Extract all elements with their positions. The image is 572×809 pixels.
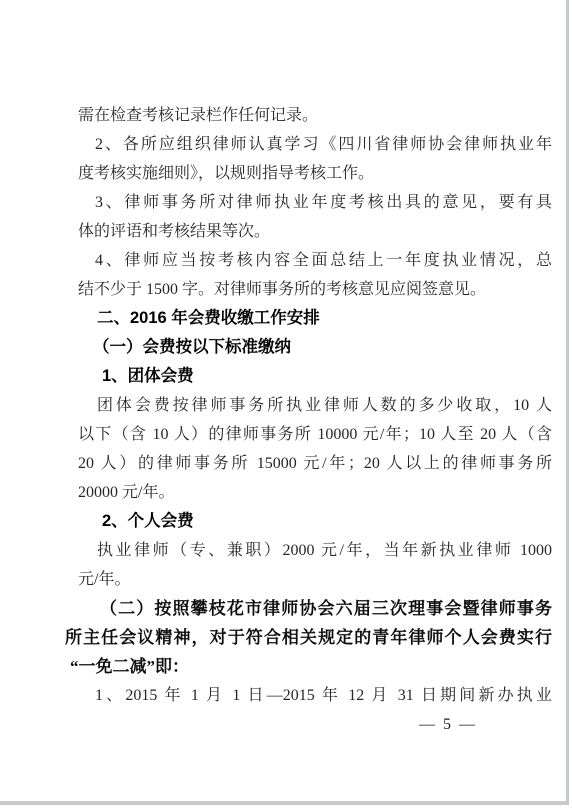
text-line: 体的评语和考核结果等次。 (78, 217, 552, 246)
text-line: 1、2015 年 1 月 1 日—2015 年 12 月 31 日期间新办执业 (95, 681, 552, 710)
text-line: 2、个人会费 (102, 507, 552, 536)
text-line: 度考核实施细则》，以规则指导考核工作。 (78, 159, 552, 188)
text-line: 团体会费按律师事务所执业律师人数的多少收取，10 人 (97, 391, 552, 420)
document-body: 需在检查考核记录栏作任何记录。2、各所应组织律师认真学习《四川省律师协会律师执业… (78, 101, 552, 739)
text-line: 结不少于 1500 字。对律师事务所的考核意见应阅签意见。 (78, 275, 552, 304)
scan-edge-bottom (0, 801, 569, 805)
text-line: 元/年。 (78, 565, 552, 594)
text-line: “一免二减”即： (70, 652, 552, 681)
text-line: 以下（含 10 人）的律师事务所 10000 元/年；10 人至 20 人（含 (78, 420, 552, 449)
text-line: 所主任会议精神，对于符合相关规定的青年律师个人会费实行 (65, 623, 552, 652)
text-line: 4、律师应当按考核内容全面总结上一年度执业情况，总 (95, 246, 552, 275)
text-line: （一）会费按以下标准缴纳 (93, 333, 552, 362)
text-line: 2、各所应组织律师认真学习《四川省律师协会律师执业年 (95, 130, 552, 159)
document-page: 需在检查考核记录栏作任何记录。2、各所应组织律师认真学习《四川省律师协会律师执业… (0, 0, 572, 809)
text-line: 二、2016 年会费收缴工作安排 (97, 304, 552, 333)
text-line: 20000 元/年。 (78, 478, 552, 507)
text-line: （二）按照攀枝花市律师协会六届三次理事会暨律师事务 (100, 594, 552, 623)
text-line: 需在检查考核记录栏作任何记录。 (78, 101, 552, 130)
text-line: 1、团体会费 (102, 362, 552, 391)
text-line: 执业律师（专、兼职）2000 元/年，当年新执业律师 1000 (97, 536, 552, 565)
text-line: 20 人）的律师事务所 15000 元/年；20 人以上的律师事务所 (78, 449, 552, 478)
text-line: 3、律师事务所对律师执业年度考核出具的意见，要有具 (95, 188, 552, 217)
page-number: — 5 — (78, 710, 552, 739)
scan-edge-right (566, 0, 569, 805)
